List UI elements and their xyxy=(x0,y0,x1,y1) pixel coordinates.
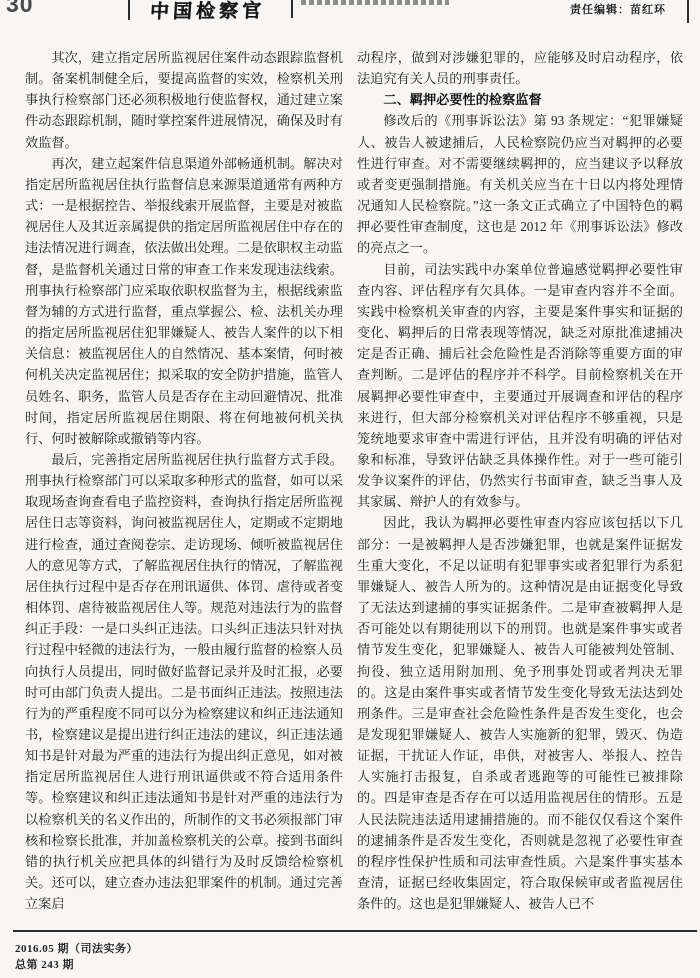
masthead-divider-right xyxy=(687,0,689,23)
paragraph: 因此，我认为羁押必要性审查内容应该包括以下几部分：一是被羁押人是否涉嫌犯罪，也就… xyxy=(357,512,683,914)
column-right: 动程序，做到对涉嫌犯罪的，应能够及时启动程序，依法追究有关人员的刑事责任。 二、… xyxy=(357,47,683,923)
masthead-divider-mid xyxy=(291,0,293,18)
footer-issue: 2016.05 期（司法实务） xyxy=(15,940,138,956)
journal-logo: 中国检察官 xyxy=(149,0,291,24)
footer-rule xyxy=(13,930,697,932)
paragraph: 目前，司法实践中办案单位普遍感觉羁押必要性审查内容、评估程序有欠具体。一是审查内… xyxy=(357,259,683,513)
paragraph: 最后，完善指定居所监视居住执行监督方式手段。刑事执行检察部门可以采取多种形式的监… xyxy=(25,449,343,914)
masthead-divider-left xyxy=(128,0,130,20)
paragraph-continuation: 动程序，做到对涉嫌犯罪的，应能够及时启动程序，依法追究有关人员的刑事责任。 xyxy=(357,47,683,89)
section-heading: 二、羁押必要性的检察监督 xyxy=(357,89,683,110)
page-number: 30 xyxy=(6,0,34,18)
masthead: 30 中国检察官 责任编辑：苗红环 xyxy=(0,0,700,34)
paragraph: 再次，建立起案件信息渠道外部畅通机制。解决对指定居所监视居住执行监督信息来源渠道… xyxy=(25,153,343,449)
article-body: 其次，建立指定居所监视居住案件动态跟踪监督机制。备案机制健全后，要提高监督的实效… xyxy=(25,47,683,923)
column-left: 其次，建立指定居所监视居住案件动态跟踪监督机制。备案机制健全后，要提高监督的实效… xyxy=(25,47,343,923)
paragraph: 修改后的《刑事诉讼法》第 93 条规定：“犯罪嫌疑人、被告人被逮捕后，人民检察院… xyxy=(357,110,683,258)
editor-credit: 责任编辑：苗红环 xyxy=(570,1,666,17)
footer-volume: 总第 243 期 xyxy=(15,956,74,972)
masthead-smallprint xyxy=(301,0,449,5)
paragraph: 其次，建立指定居所监视居住案件动态跟踪监督机制。备案机制健全后，要提高监督的实效… xyxy=(25,47,343,153)
